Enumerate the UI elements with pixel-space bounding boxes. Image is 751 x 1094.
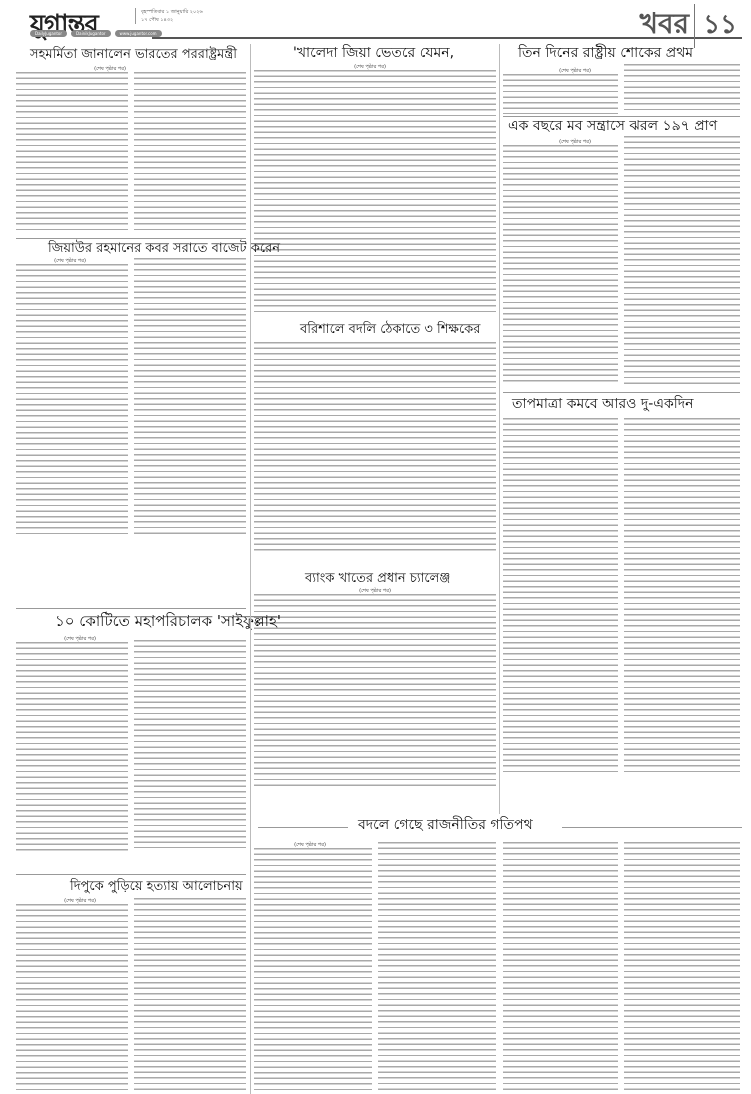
section-title: খবর xyxy=(640,2,689,49)
social-links: DailyJugantor DainikJugantor www.juganto… xyxy=(30,30,162,37)
article-text-column xyxy=(16,904,128,1094)
article-text-column xyxy=(254,848,372,1094)
article-text-column xyxy=(16,642,128,852)
article-text-column xyxy=(624,842,740,1094)
section-divider xyxy=(16,238,246,239)
twitter-link[interactable]: DailyJugantor xyxy=(30,30,67,37)
headline-rule-right xyxy=(562,827,742,828)
section-divider xyxy=(503,116,740,117)
section-divider xyxy=(503,392,740,393)
headline-politics-changed[interactable]: বদলে গেছে রাজনীতির গতিপথ xyxy=(358,818,533,832)
article-text-column xyxy=(624,64,740,114)
article-text-column xyxy=(134,640,246,848)
headline-khaleda-zia[interactable]: 'খালেদা জিয়া ভেতরে যেমন, xyxy=(293,46,454,60)
headline-dg-saifullah[interactable]: ১০ কোটিতে মহাপরিচালক 'সাইফুল্লাহ' xyxy=(55,614,281,629)
article-text-column xyxy=(134,898,246,1094)
article-text-column xyxy=(134,72,246,232)
headline-ziaur-rahman-grave[interactable]: জিয়াউর রহমানের কবর সরাতে বাজেট করেন xyxy=(48,242,280,255)
article-text-column xyxy=(624,136,740,386)
article-text-column xyxy=(134,258,246,534)
article-text-column xyxy=(503,74,618,114)
article-text-column xyxy=(503,418,618,773)
article-text-column xyxy=(378,842,496,1094)
article-text-column xyxy=(254,342,496,552)
column-divider xyxy=(499,44,500,814)
headline-indian-fm[interactable]: সহমর্মিতা জানালেন ভারতের পররাষ্ট্রমন্ত্র… xyxy=(30,48,237,61)
article-text-column xyxy=(16,72,128,232)
website-link[interactable]: www.jugantor.com xyxy=(115,30,162,37)
headline-mob-violence[interactable]: এক বছরে মব সন্ত্রাসে ঝরল ১৯৭ প্রাণ xyxy=(508,119,717,133)
headline-temperature[interactable]: তাপমাত্রা কমবে আরও দু-একদিন xyxy=(512,397,694,411)
headline-rule-left xyxy=(258,827,348,828)
column-divider xyxy=(250,44,251,1094)
masthead: যুগান্তর বৃহস্পতিবার ১ জানুয়ারি ২০২৬ ১৭… xyxy=(0,0,751,38)
section-divider xyxy=(16,608,246,609)
newspaper-logo[interactable]: যুগান্তর xyxy=(30,4,98,48)
article-text-column xyxy=(254,70,496,315)
article-text-column xyxy=(503,145,618,385)
article-text-column xyxy=(16,264,128,534)
page-number: ১১ xyxy=(694,4,737,48)
facebook-link[interactable]: DainikJugantor xyxy=(71,30,111,37)
article-text-column xyxy=(624,418,740,773)
issue-date: বৃহস্পতিবার ১ জানুয়ারি ২০২৬ ১৭ পৌষ ১৪৩২ xyxy=(135,8,203,24)
headline-banking-challenge[interactable]: ব্যাংক খাতের প্রধান চ্যালেঞ্জ xyxy=(305,572,450,585)
headline-dipu-killing[interactable]: দিপুকে পুড়িয়ে হত্যায় আলোচনায় xyxy=(70,880,243,893)
date-bengali: ১৭ পৌষ ১৪৩২ xyxy=(141,16,203,24)
article-text-column xyxy=(503,842,618,1094)
date-gregorian: বৃহস্পতিবার ১ জানুয়ারি ২০২৬ xyxy=(141,8,203,16)
headline-barishal-teachers[interactable]: বরিশালে বদলি ঠেকাতে ৩ শিক্ষকের xyxy=(300,323,480,336)
section-divider xyxy=(16,874,246,875)
article-text-column xyxy=(254,594,496,789)
headline-state-mourning[interactable]: তিন দিনের রাষ্ট্রীয় শোকের প্রথম xyxy=(518,46,693,60)
